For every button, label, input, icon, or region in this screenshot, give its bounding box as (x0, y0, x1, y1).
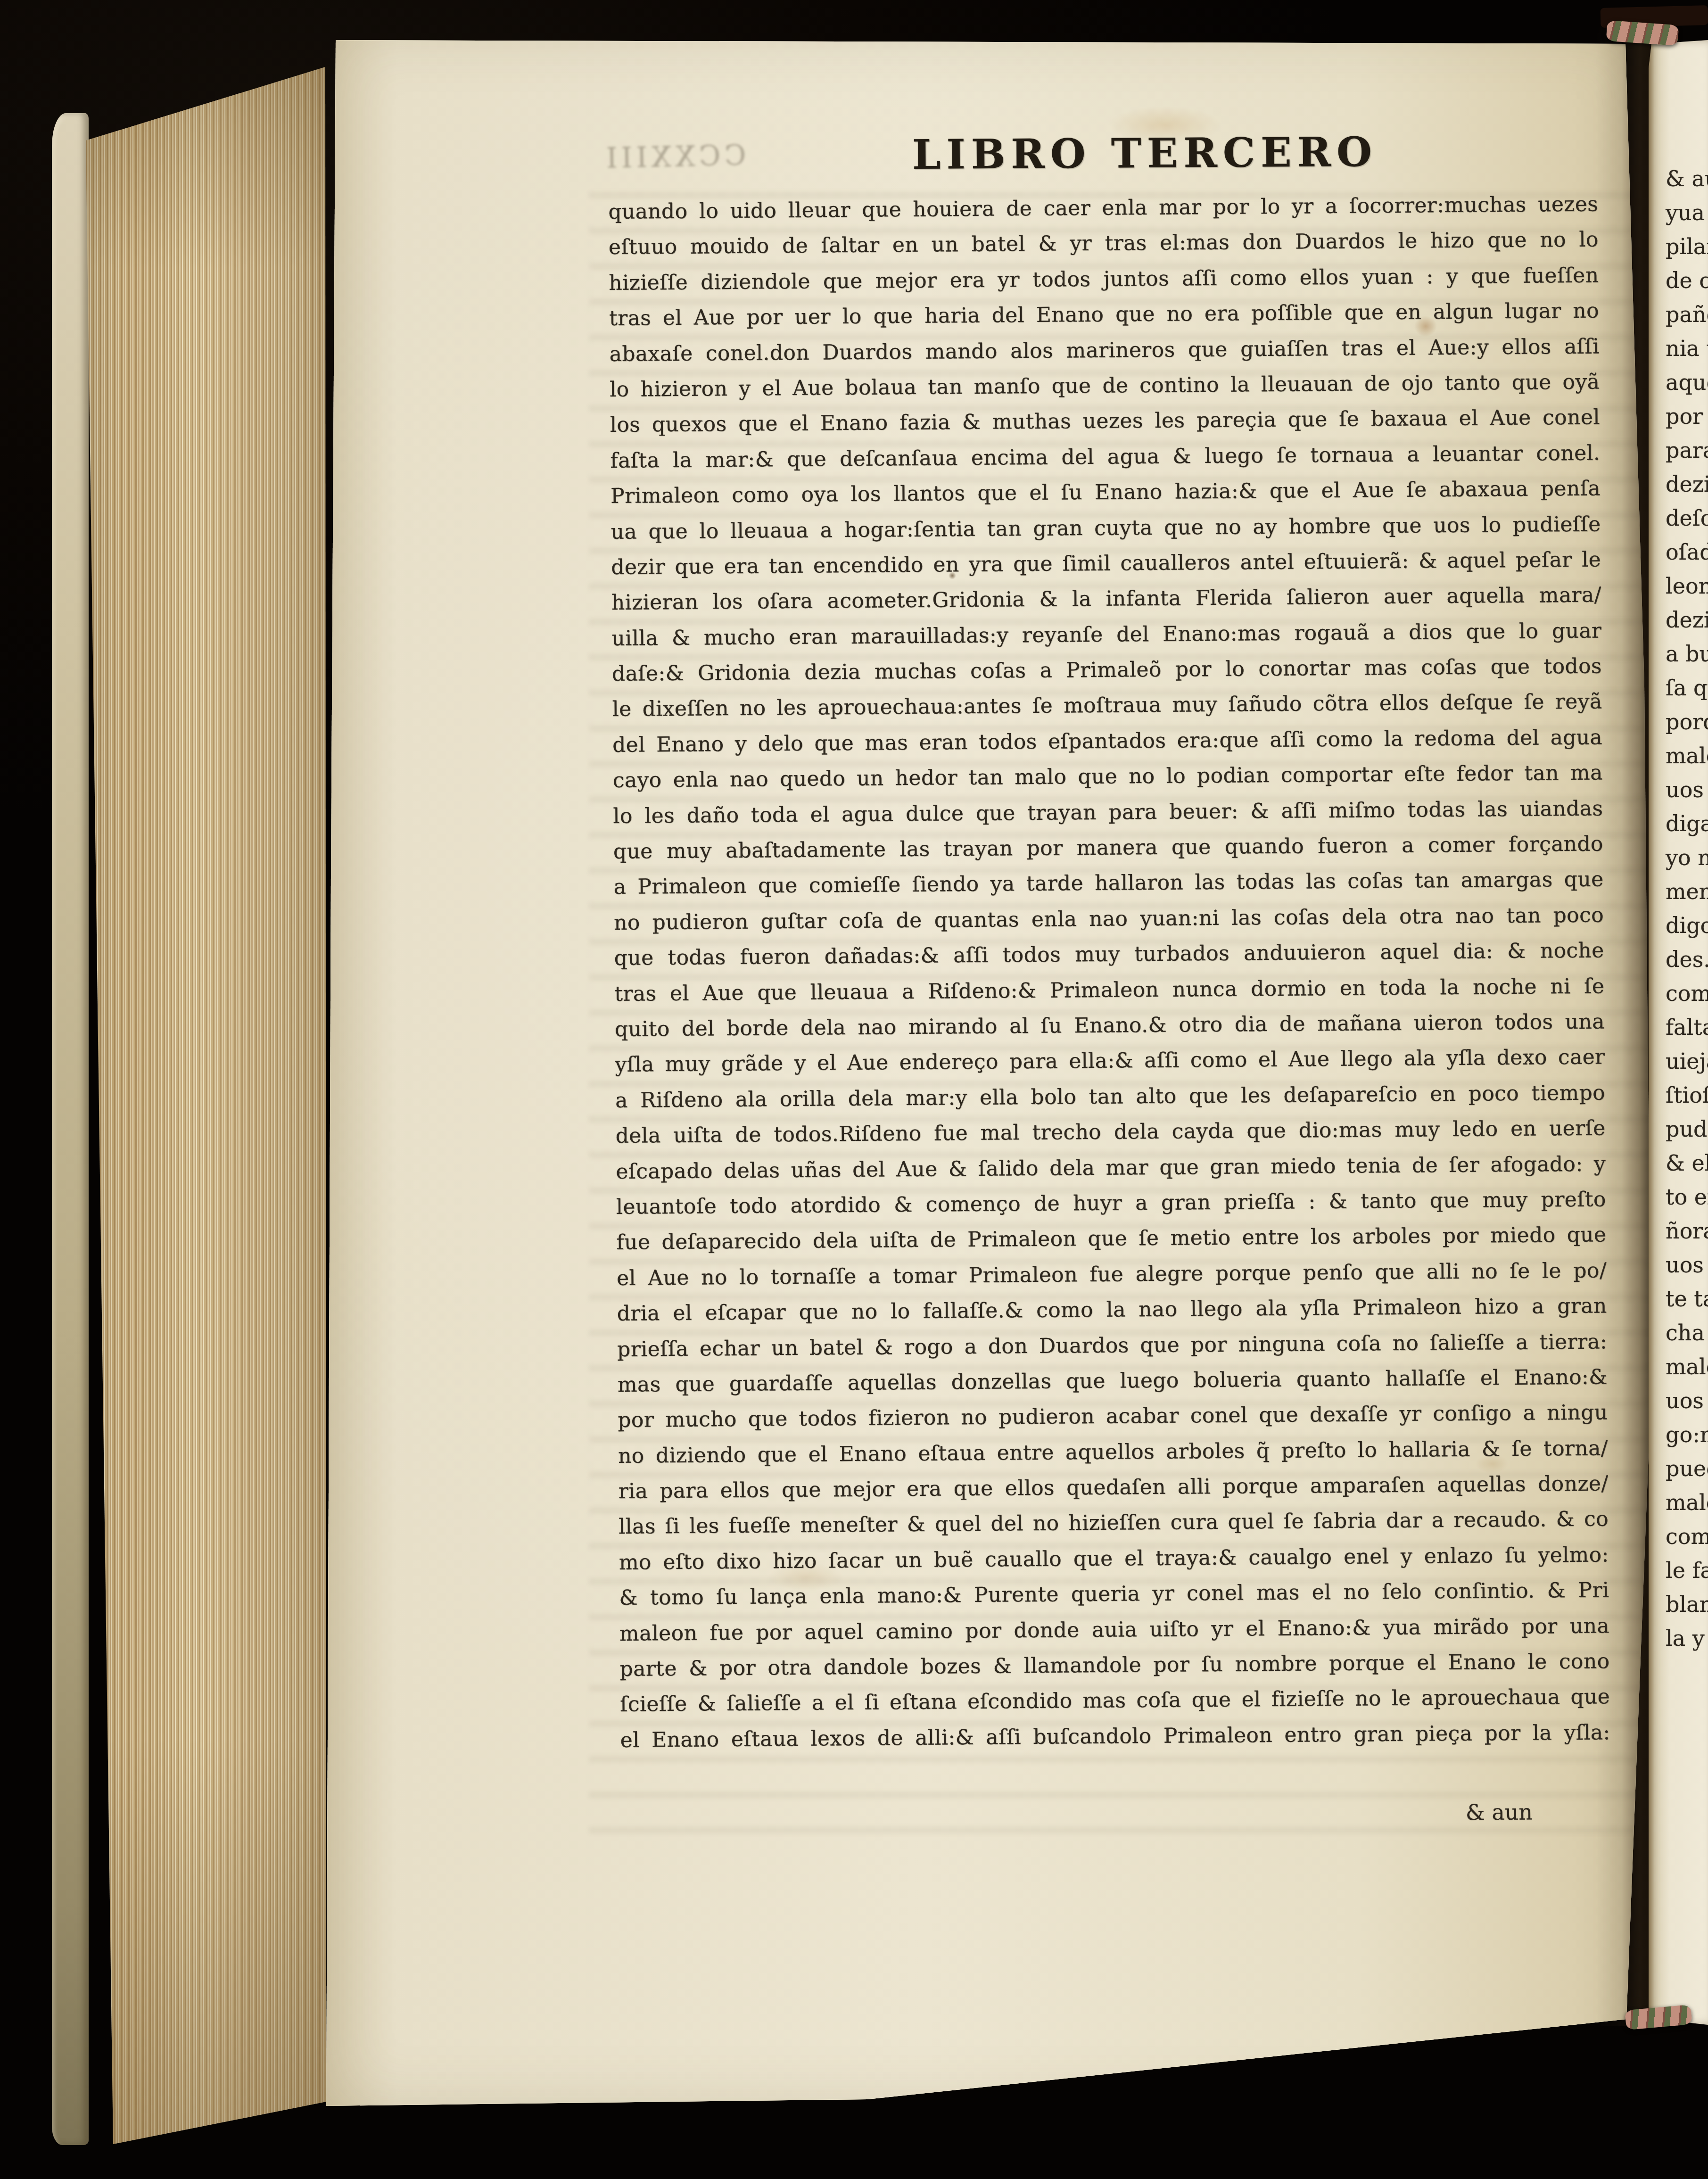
fragment-line: cha coſ (1666, 1316, 1708, 1350)
fragment-line: des.Pue (1666, 942, 1708, 976)
catchword: & aun (1428, 1799, 1570, 1826)
fragment-line: comigo (1666, 976, 1708, 1010)
fragment-line: uos ſe (1666, 1384, 1708, 1418)
fragment-line: maleo (1666, 1350, 1708, 1384)
fragment-line: para el le (1666, 433, 1708, 467)
fragment-line: come (1666, 1519, 1708, 1553)
fragment-line: puedo (1666, 1452, 1708, 1486)
text-block: quando lo uido lleuar que houiera de cae… (608, 187, 1610, 1758)
gutter-shadow (1596, 27, 1653, 2026)
fragment-line: uieja:& (1666, 1044, 1708, 1078)
fragment-line: oſado qu (1666, 535, 1708, 569)
fragment-line: nia un co (1666, 331, 1708, 365)
fragment-line: falta lo (1666, 1010, 1708, 1044)
fragment-line: ſtioſe un (1666, 1078, 1708, 1112)
fragment-line: ſa que m (1666, 671, 1708, 705)
fragment-line: dezidme (1666, 603, 1708, 637)
fragment-line: aquella o (1666, 365, 1708, 399)
folio-number-showthrough: CCXXIII (602, 141, 746, 173)
fragment-line: maleõ (1666, 1486, 1708, 1519)
fragment-line: leon trux (1666, 569, 1708, 603)
facing-page-sliver: & aun quyua hallopilares dede caya upaño… (1649, 40, 1708, 2025)
fragment-line: a buſcar (1666, 637, 1708, 671)
fragment-line: paño de (1666, 297, 1708, 331)
fragment-line: pudo eſ (1666, 1112, 1708, 1146)
fragment-line: la y (1666, 1621, 1708, 1655)
fragment-line: ñora di (1666, 1214, 1708, 1248)
fore-edge-page-stack (80, 60, 326, 2159)
fragment-line: to eſcar (1666, 1180, 1708, 1214)
fragment-line: te tarda (1666, 1282, 1708, 1316)
fragment-line: digays c (1666, 807, 1708, 841)
fragment-line: le fab (1666, 1553, 1708, 1587)
fragment-line: uos dem (1666, 773, 1708, 807)
fragment-line: pilares de (1666, 230, 1708, 264)
book-cover-edge (52, 113, 89, 2145)
photo-background: CCXXIII LIBRO TERCERO quando lo uido lle… (0, 0, 1708, 2179)
facing-page-text: & aun quyua hallopilares dede caya upaño… (1666, 162, 1708, 1655)
fragment-line: uos pre (1666, 1248, 1708, 1282)
fragment-line: yua hallo (1666, 196, 1708, 230)
open-page: CCXXIII LIBRO TERCERO quando lo uido lle… (325, 26, 1650, 2112)
fragment-line: de caya u (1666, 264, 1708, 297)
page-title: LIBRO TERCERO (912, 132, 1378, 175)
fragment-line: dezir de l (1666, 467, 1708, 501)
fragment-line: digos qu (1666, 908, 1708, 942)
fragment-line: & ella n (1666, 1146, 1708, 1180)
fragment-line: porque (1666, 705, 1708, 739)
fragment-line: por le pr (1666, 399, 1708, 433)
fragment-line: go:ma (1666, 1418, 1708, 1452)
fragment-line: deſcobija (1666, 501, 1708, 535)
fragment-line: meneſter (1666, 875, 1708, 908)
fragment-line: & aun qu (1666, 162, 1708, 196)
fragment-line: maleon (1666, 739, 1708, 773)
fragment-line: bland (1666, 1587, 1708, 1621)
fragment-line: yo no lo (1666, 841, 1708, 875)
